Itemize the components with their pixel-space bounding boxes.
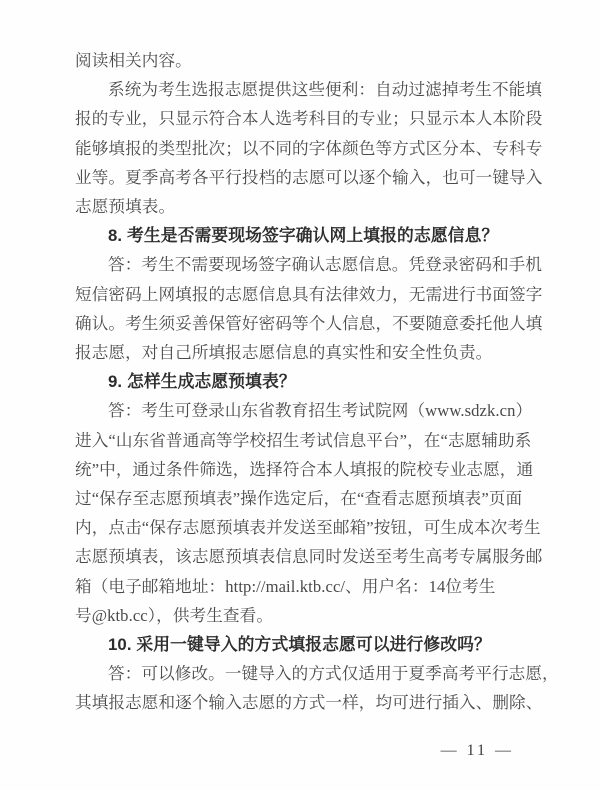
page-number: — 11 — <box>441 742 514 760</box>
text-line: 统”中，通过条件筛选，选择符合本人填报的院校专业志愿，通 <box>75 455 530 484</box>
text-line: 进入“山东省普通高等学校招生考试信息平台”，在“志愿辅助系 <box>75 426 530 455</box>
text-line: 箱（电子邮箱地址：http://mail.ktb.cc/、用户名：14位考生 <box>75 572 530 601</box>
text-line: 能够填报的类型批次；以不同的字体颜色等方式区分本、专科专 <box>75 134 530 163</box>
text-line: 报的专业，只显示符合本人选考科目的专业；只显示本人本阶段 <box>75 104 530 133</box>
text-line: 答：可以修改。一键导入的方式仅适用于夏季高考平行志愿， <box>75 659 530 688</box>
text-line: 系统为考生选报志愿提供这些便利：自动过滤掉考生不能填 <box>75 75 530 104</box>
text-line: 报志愿，对自己所填报志愿信息的真实性和安全性负责。 <box>75 338 530 367</box>
text-line: 其填报志愿和逐个输入志愿的方式一样，均可进行插入、删除、 <box>75 688 530 717</box>
text-line: 短信密码上网填报的志愿信息具有法律效力，无需进行书面签字 <box>75 280 530 309</box>
text-line: 答：考生不需要现场签字确认志愿信息。凭登录密码和手机 <box>75 250 530 279</box>
text-line: 确认。考生须妥善保管好密码等个人信息，不要随意委托他人填 <box>75 309 530 338</box>
question-heading: 9. 怎样生成志愿预填表？ <box>75 367 530 396</box>
text-line: 志愿预填表。 <box>75 192 530 221</box>
text-line: 答：考生可登录山东省教育招生考试院网（www.sdzk.cn） <box>75 396 530 425</box>
text-line: 过“保存至志愿预填表”操作选定后，在“查看志愿预填表”页面 <box>75 484 530 513</box>
text-line: 志愿预填表，该志愿预填表信息同时发送至考生高考专属服务邮 <box>75 542 530 571</box>
document-page: 阅读相关内容。系统为考生选报志愿提供这些便利：自动过滤掉考生不能填报的专业，只显… <box>0 0 600 790</box>
text-line: 内，点击“保存志愿预填表并发送至邮箱”按钮，可生成本次考生 <box>75 513 530 542</box>
question-heading: 8. 考生是否需要现场签字确认网上填报的志愿信息？ <box>75 221 530 250</box>
text-line: 业等。夏季高考各平行投档的志愿可以逐个输入，也可一键导入 <box>75 163 530 192</box>
text-line: 阅读相关内容。 <box>75 46 530 75</box>
text-line: 号@ktb.cc），供考生查看。 <box>75 601 530 630</box>
question-heading: 10. 采用一键导入的方式填报志愿可以进行修改吗？ <box>75 630 530 659</box>
text-block: 阅读相关内容。系统为考生选报志愿提供这些便利：自动过滤掉考生不能填报的专业，只显… <box>75 46 530 718</box>
